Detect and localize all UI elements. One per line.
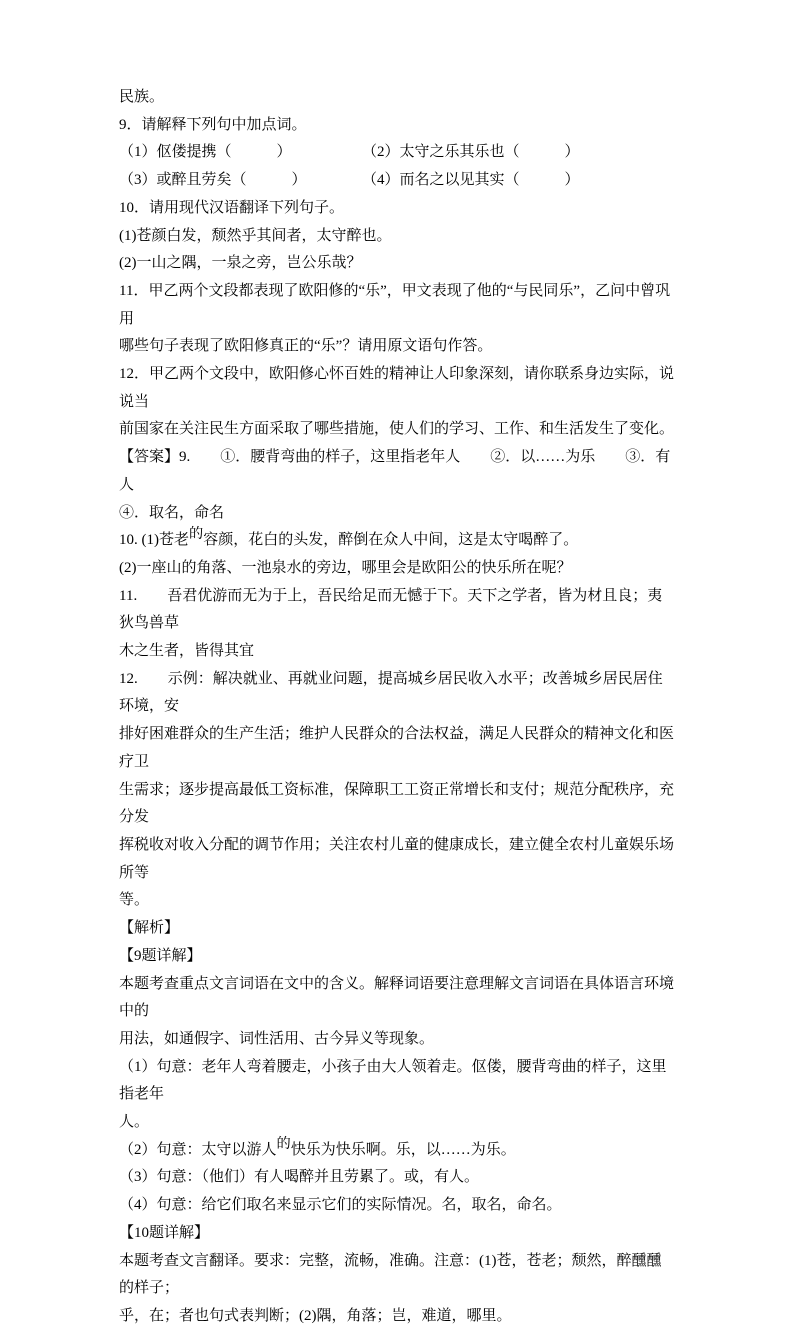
- answer-12-line-1: 12. 示例：解决就业、再就业问题，提高城乡居民收入水平；改善城乡居民居住环境，…: [119, 671, 663, 715]
- analysis-9-header: 【9题详解】: [119, 943, 675, 971]
- analysis-9-intro-line-2: 用法，如通假字、词性活用、古今异义等现象。: [119, 1031, 434, 1047]
- question-10-sentence-2: (2)一山之隅，一泉之旁，岂公乐哉？: [119, 250, 675, 278]
- analysis-9-item-4: （4）句意：给它们取名来显示它们的实际情况。名，取名，命名。: [119, 1192, 675, 1220]
- answer-10-sentence-1-post: 容颜，花白的头发，醉倒在众人中间，这是太守喝醉了。: [203, 532, 578, 548]
- analysis-10-header: 【10题详解】: [119, 1220, 675, 1248]
- question-12-line-2: 前国家在关注民生方面采取了哪些措施，使人们的学习、工作、和生活发生了变化。: [119, 421, 674, 437]
- answer-10-superscript-char: 的: [189, 526, 203, 542]
- answer-9-line-1: 【答案】9. ①．腰背弯曲的样子，这里指老年人 ②．以……为乐 ③．有人: [119, 449, 670, 493]
- answer-10-sentence-1-pre: 10. (1)苍老: [119, 532, 189, 548]
- answer-12-line-2: 排好困难群众的生产生活；维护人民群众的合法权益，满足人民群众的精神文化和医疗卫: [119, 726, 674, 770]
- answer-10-sentence-2: (2)一座山的角落、一池泉水的旁边，哪里会是欧阳公的快乐所在呢？: [119, 555, 675, 583]
- analysis-9-item-2-post: 快乐为快乐啊。乐，以……为乐。: [291, 1142, 516, 1158]
- analysis-10-line-2: 乎，在；者也句式表判断；(2)隅，角落；岂，难道，哪里。: [119, 1308, 512, 1324]
- answer-11: 11. 吾君优游而无为于上，吾民给足而无憾于下。天下之学者，皆为材且良；夷狄鸟兽…: [119, 583, 675, 666]
- answer-12-line-3: 生需求；逐步提高最低工资标准，保障职工工资正常增长和支付；规范分配秩序，充分发: [119, 782, 674, 826]
- document-page: 民族。 9．请解释下列句中加点词。 （1）伛偻提携（ ） （2）太守之乐其乐也（…: [0, 0, 794, 1123]
- answer-12-line-5: 等。: [119, 892, 149, 908]
- question-9-title: 9．请解释下列句中加点词。: [119, 112, 675, 140]
- question-10-sentence-1: (1)苍颜白发，颓然乎其间者，太守醉也。: [119, 223, 675, 251]
- analysis-10-body: 本题考查文言翻译。要求：完整，流畅，准确。注意：(1)苍，苍老；颓然，醉醺醺的样…: [119, 1248, 675, 1331]
- analysis-9-intro-line-1: 本题考查重点文言词语在文中的含义。解释词语要注意理解文言词语在具体语言环境中的: [119, 976, 674, 1020]
- question-12-line-1: 12．甲乙两个文段中，欧阳修心怀百姓的精神让人印象深刻，请你联系身边实际，说说当: [119, 366, 674, 410]
- analysis-9-item-1: （1）句意：老年人弯着腰走，小孩子由大人领着走。伛偻，腰背弯曲的样子，这里指老年…: [119, 1054, 675, 1137]
- question-9-item-1: （1）伛偻提携（ ）: [119, 139, 362, 167]
- answer-9-line-2: ④．取名，命名: [119, 505, 224, 521]
- question-9-item-3: （3）或醉且劳矣（ ）: [119, 167, 362, 195]
- answer-10-sentence-1: 10. (1)苍老的容颜，花白的头发，醉倒在众人中间，这是太守喝醉了。: [119, 527, 675, 555]
- answer-9: 【答案】9. ①．腰背弯曲的样子，这里指老年人 ②．以……为乐 ③．有人④．取名…: [119, 444, 675, 527]
- analysis-9-item-1-line-2: 人。: [119, 1114, 149, 1130]
- analysis-9-item-2-superscript-char: 的: [277, 1136, 291, 1152]
- analysis-9-item-2: （2）句意：太守以游人的快乐为快乐啊。乐，以……为乐。: [119, 1137, 675, 1165]
- question-9-row-1: （1）伛偻提携（ ） （2）太守之乐其乐也（ ）: [119, 139, 675, 167]
- answer-12-line-4: 挥税收对收入分配的调节作用；关注农村儿童的健康成长，建立健全农村儿童娱乐场所等: [119, 837, 674, 881]
- analysis-9-intro: 本题考查重点文言词语在文中的含义。解释词语要注意理解文言词语在具体语言环境中的用…: [119, 971, 675, 1054]
- question-12: 12．甲乙两个文段中，欧阳修心怀百姓的精神让人印象深刻，请你联系身边实际，说说当…: [119, 361, 675, 444]
- analysis-9-item-1-line-1: （1）句意：老年人弯着腰走，小孩子由大人领着走。伛偻，腰背弯曲的样子，这里指老年: [119, 1059, 667, 1103]
- answer-12: 12. 示例：解决就业、再就业问题，提高城乡居民收入水平；改善城乡居民居住环境，…: [119, 666, 675, 915]
- question-9-item-4: （4）而名之以见其实（ ）: [362, 167, 580, 195]
- question-9-item-2: （2）太守之乐其乐也（ ）: [362, 139, 580, 167]
- question-11: 11．甲乙两个文段都表现了欧阳修的“乐”，甲文表现了他的“与民同乐”，乙问中曾巩…: [119, 278, 675, 361]
- question-10-title: 10．请用现代汉语翻译下列句子。: [119, 195, 675, 223]
- analysis-header: 【解析】: [119, 915, 675, 943]
- analysis-9-item-2-pre: （2）句意：太守以游人: [119, 1142, 277, 1158]
- question-11-line-1: 11．甲乙两个文段都表现了欧阳修的“乐”，甲文表现了他的“与民同乐”，乙问中曾巩…: [119, 283, 670, 327]
- intro-tail-text: 民族。: [119, 84, 675, 112]
- analysis-10-line-1: 本题考查文言翻译。要求：完整，流畅，准确。注意：(1)苍，苍老；颓然，醉醺醺的样…: [119, 1253, 662, 1297]
- question-9-row-2: （3）或醉且劳矣（ ） （4）而名之以见其实（ ）: [119, 167, 675, 195]
- question-11-line-2: 哪些句子表现了欧阳修真正的“乐”？请用原文语句作答。: [119, 338, 492, 354]
- answer-11-line-1: 11. 吾君优游而无为于上，吾民给足而无憾于下。天下之学者，皆为材且良；夷狄鸟兽…: [119, 588, 662, 632]
- analysis-9-item-3: （3）句意：（他们）有人喝醉并且劳累了。或，有人。: [119, 1164, 675, 1192]
- answer-11-line-2: 木之生者，皆得其宜: [119, 643, 254, 659]
